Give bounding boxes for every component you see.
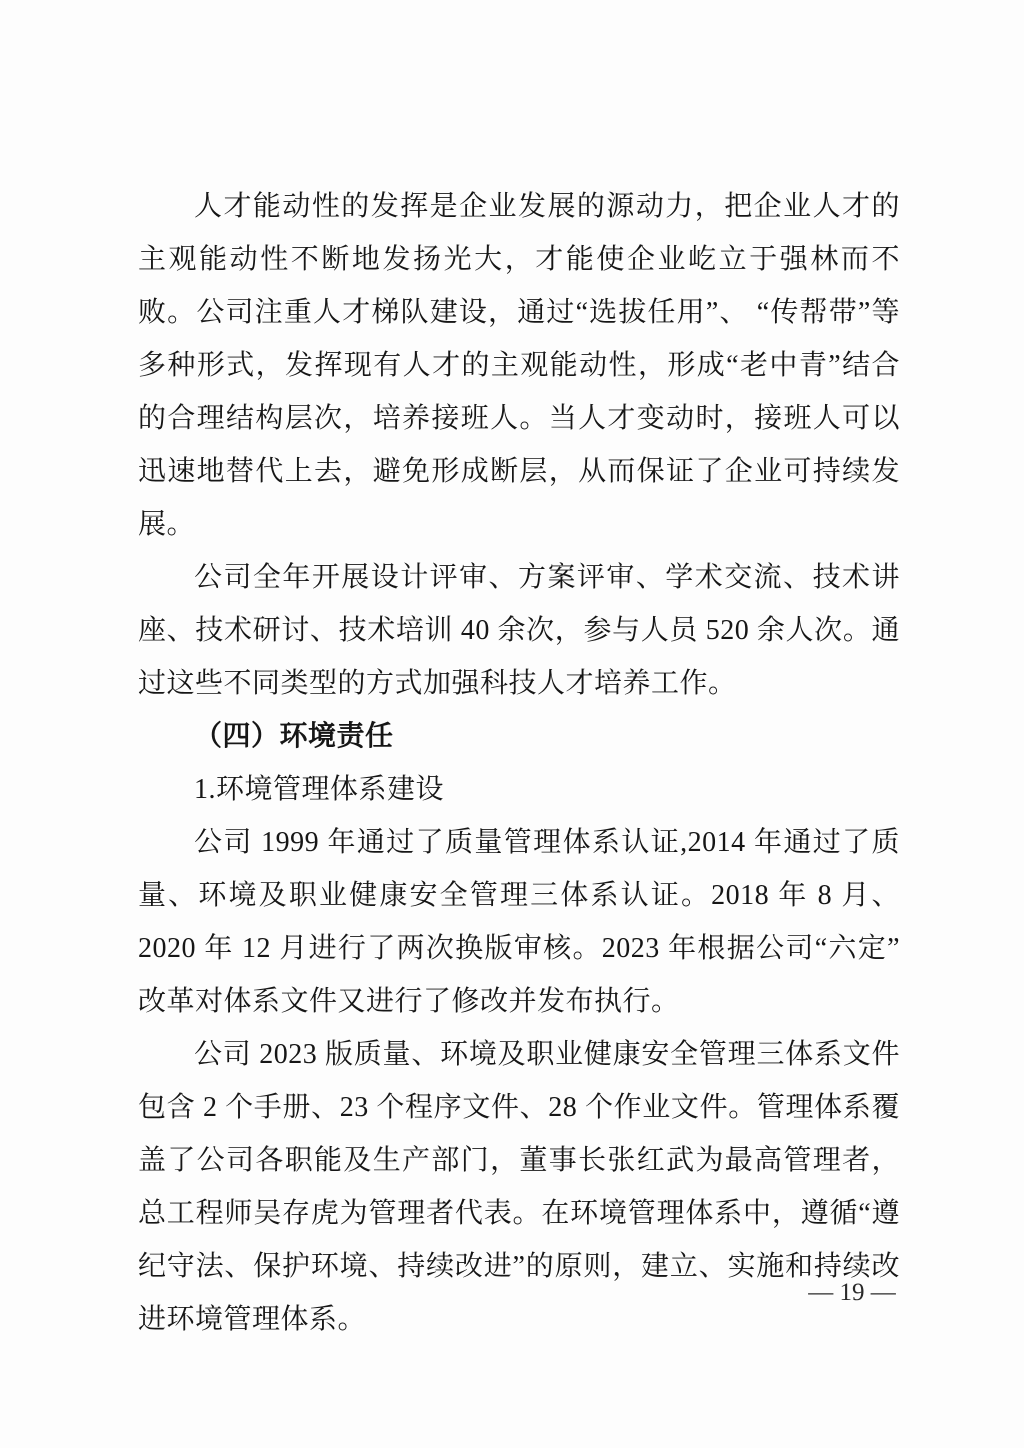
document-body: 人才能动性的发挥是企业发展的源动力，把企业人才的主观能动性不断地发扬光大，才能使… <box>138 180 900 1346</box>
subheading-environmental-management-system: 1.环境管理体系建设 <box>138 763 900 816</box>
paragraph-certification-history: 公司 1999 年通过了质量管理体系认证,2014 年通过了质量、环境及职业健康… <box>138 816 900 1028</box>
document-page: 人才能动性的发挥是企业发展的源动力，把企业人才的主观能动性不断地发扬光大，才能使… <box>0 0 1024 1448</box>
section-heading-environmental-responsibility: （四）环境责任 <box>138 710 900 763</box>
paragraph-training-activities: 公司全年开展设计评审、方案评审、学术交流、技术讲座、技术研讨、技术培训 40 余… <box>138 551 900 710</box>
page-number: — 19 — <box>772 1276 932 1310</box>
paragraph-talent-motivation: 人才能动性的发挥是企业发展的源动力，把企业人才的主观能动性不断地发扬光大，才能使… <box>138 180 900 551</box>
